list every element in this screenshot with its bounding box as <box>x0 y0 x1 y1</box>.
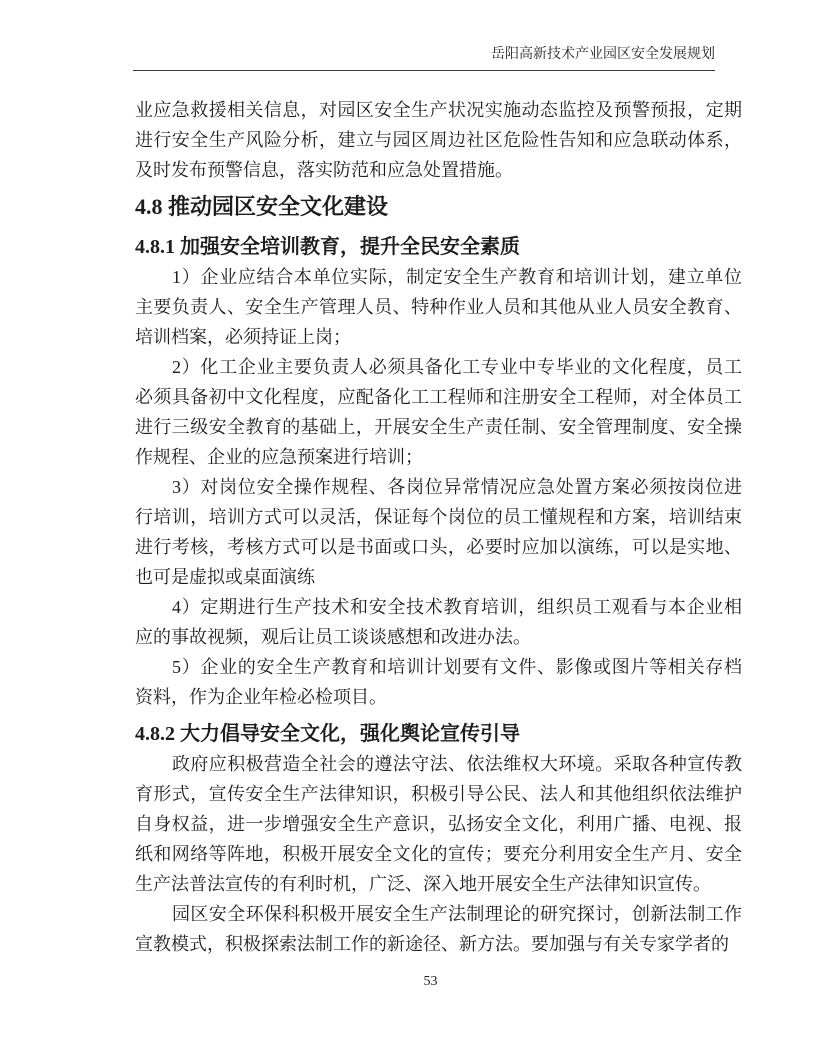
paragraph: 3）对岗位安全操作规程、各岗位异常情况应急处置方案必须按岗位进行培训，培训方式可… <box>135 472 742 592</box>
page-footer: 53 <box>133 974 728 990</box>
paragraph-line: 政府应积极营造全社会的遵法守法、依法维权大环境。采取各种宣传教 <box>135 749 742 779</box>
paragraph-line: 也可是虚拟或桌面演练 <box>135 562 742 592</box>
paragraph: 1）企业应结合本单位实际，制定安全生产教育和培训计划，建立单位主要负责人、安全生… <box>135 262 742 352</box>
paragraph-line: 2）化工企业主要负责人必须具备化工专业中专毕业的文化程度，员工 <box>135 352 742 382</box>
page-header: 岳阳高新技术产业园区安全发展规划 <box>133 44 715 71</box>
paragraph-line: 必须具备初中文化程度，应配备化工工程师和注册安全工程师，对全体员工 <box>135 382 742 412</box>
paragraph-line: 培训档案，必须持证上岗； <box>135 322 742 352</box>
paragraph-line: 主要负责人、安全生产管理人员、特种作业人员和其他从业人员安全教育、 <box>135 292 742 322</box>
paragraph: 4）定期进行生产技术和安全技术教育培训，组织员工观看与本企业相应的事故视频，观后… <box>135 592 742 652</box>
paragraph-line: 园区安全环保科积极开展安全生产法制理论的研究探讨，创新法制工作 <box>135 899 742 929</box>
paragraph-line: 生产法普法宣传的有利时机，广泛、深入地开展安全生产法律知识宣传。 <box>135 869 742 899</box>
paragraph: 园区安全环保科积极开展安全生产法制理论的研究探讨，创新法制工作宣教模式，积极探索… <box>135 899 742 959</box>
paragraph-line: 4）定期进行生产技术和安全技术教育培训，组织员工观看与本企业相 <box>135 592 742 622</box>
paragraph: 政府应积极营造全社会的遵法守法、依法维权大环境。采取各种宣传教育形式，宣传安全生… <box>135 749 742 899</box>
paragraph: 5）企业的安全生产教育和培训计划要有文件、影像或图片等相关存档资料，作为企业年检… <box>135 652 742 712</box>
paragraph-line: 行培训，培训方式可以灵活，保证每个岗位的员工懂规程和方案，培训结束 <box>135 502 742 532</box>
paragraph-line: 业应急救援相关信息，对园区安全生产状况实施动态监控及预警预报，定期 <box>135 95 742 125</box>
paragraph-line: 应的事故视频，观后让员工谈谈感想和改进办法。 <box>135 622 742 652</box>
paragraph-line: 进行安全生产风险分析，建立与园区周边社区危险性告知和应急联动体系， <box>135 125 742 155</box>
page-number: 53 <box>424 974 438 989</box>
paragraph-line: 1）企业应结合本单位实际，制定安全生产教育和培训计划，建立单位 <box>135 262 742 292</box>
section-heading: 4.8 推动园区安全文化建设 <box>135 189 742 225</box>
paragraph-line: 育形式，宣传安全生产法律知识，积极引导公民、法人和其他组织依法维护 <box>135 779 742 809</box>
paragraph-line: 资料，作为企业年检必检项目。 <box>135 682 742 712</box>
paragraph-line: 作规程、企业的应急预案进行培训； <box>135 442 742 472</box>
paragraph: 业应急救援相关信息，对园区安全生产状况实施动态监控及预警预报，定期进行安全生产风… <box>135 95 742 185</box>
paragraph-line: 5）企业的安全生产教育和培训计划要有文件、影像或图片等相关存档 <box>135 652 742 682</box>
paragraph-line: 进行考核，考核方式可以是书面或口头，必要时应加以演练，可以是实地、 <box>135 532 742 562</box>
section-heading: 4.8.1 加强安全培训教育，提升全民安全素质 <box>135 232 742 262</box>
document-page: 岳阳高新技术产业园区安全发展规划 业应急救援相关信息，对园区安全生产状况实施动态… <box>0 0 815 1055</box>
paragraph-line: 进行三级安全教育的基础上，开展安全生产责任制、安全管理制度、安全操 <box>135 412 742 442</box>
paragraph-line: 宣教模式，积极探索法制工作的新途径、新方法。要加强与有关专家学者的 <box>135 929 742 959</box>
paragraph-line: 及时发布预警信息，落实防范和应急处置措施。 <box>135 155 742 185</box>
paragraph-line: 纸和网络等阵地，积极开展安全文化的宣传；要充分利用安全生产月、安全 <box>135 839 742 869</box>
paragraph: 2）化工企业主要负责人必须具备化工专业中专毕业的文化程度，员工必须具备初中文化程… <box>135 352 742 472</box>
paragraph-line: 3）对岗位安全操作规程、各岗位异常情况应急处置方案必须按岗位进 <box>135 472 742 502</box>
header-title: 岳阳高新技术产业园区安全发展规划 <box>491 47 715 62</box>
document-body: 业应急救援相关信息，对园区安全生产状况实施动态监控及预警预报，定期进行安全生产风… <box>135 95 742 959</box>
section-heading: 4.8.2 大力倡导安全文化，强化舆论宣传引导 <box>135 719 742 749</box>
paragraph-line: 自身权益，进一步增强安全生产意识，弘扬安全文化，利用广播、电视、报 <box>135 809 742 839</box>
